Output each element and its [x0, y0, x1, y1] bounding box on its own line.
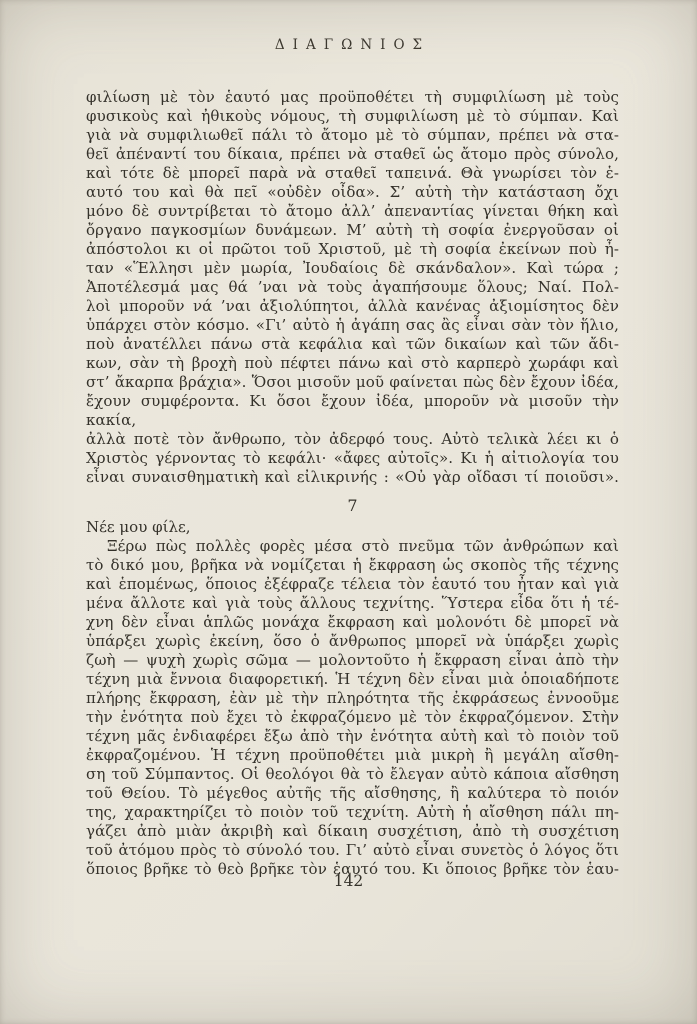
text-line: τὸ δικό μου, βρῆκα νὰ νομίζεται ἡ ἔκφρασ… [86, 556, 619, 575]
book-page: ΔΙΑΓΩΝΙΟΣ φιλίωση μὲ τὸν ἑαυτό μας προϋπ… [0, 0, 697, 1024]
text-block: φιλίωση μὲ τὸν ἑαυτό μας προϋποθέτει τὴ … [86, 88, 619, 879]
text-line: αυτό του καὶ θὰ πεῖ «οὐδὲν οἶδα». Σ’ αὐτ… [86, 183, 619, 202]
text-line: θεῖ ἀπέναντί του δίκαια, πρέπει νὰ σταθε… [86, 145, 619, 164]
salutation: Νέε μου φίλε, [86, 518, 619, 537]
text-line: κων, σὰν τὴ βροχὴ ποὺ πέφτει πάνω καὶ στ… [86, 354, 619, 373]
text-line: ση τοῦ Σύμπαντος. Οἱ θεολόγοι θὰ τὸ ἔλεγ… [86, 765, 619, 784]
text-line: λοὶ μποροῦν νά ’ναι ἀξιολύπητοι, ἀλλὰ κα… [86, 297, 619, 316]
text-line: ἀπόστολοι κι οἱ πρῶτοι τοῦ Χριστοῦ, μὲ τ… [86, 240, 619, 259]
text-line: ζωὴ — ψυχὴ χωρὶς σῶμα — μολοντοῦτο ἡ ἔκφ… [86, 651, 619, 670]
text-line: τέχνη μιὰ ἔννοια διαφορετική. Ἡ τέχνη δὲ… [86, 670, 619, 689]
page-number: 142 [0, 872, 697, 890]
text-line: ἀλλὰ ποτὲ τὸν ἄνθρωπο, τὸν ἀδερφό τους. … [86, 430, 619, 449]
text-line: μένα ἄλλοτε καὶ γιὰ τοὺς ἄλλους τεχνίτης… [86, 594, 619, 613]
paragraph-letter-body: Ξέρω πὼς πολλὲς φορὲς μέσα στὸ πνεῦμα τῶ… [86, 537, 619, 879]
text-line: τὴν ἑνότητα ποὺ ἔχει τὸ ἐκφραζόμενο μὲ τ… [86, 708, 619, 727]
text-line: ὑπάρχει στὸν κόσμο. «Γι’ αὐτὸ ἡ ἀγάπη σα… [86, 316, 619, 335]
paragraph-continuation: φιλίωση μὲ τὸν ἑαυτό μας προϋποθέτει τὴ … [86, 88, 619, 487]
text-line: χνη δὲν εἶναι ἁπλῶς μονάχα ἔκφραση καὶ μ… [86, 613, 619, 632]
text-line: ἔχουν συμφέροντα. Κι ὅσοι ἔχουν ἰδέα, μπ… [86, 392, 619, 430]
text-line: της, χαρακτηρίζει τὸ ποιὸν τοῦ τεχνίτη. … [86, 803, 619, 822]
text-line: ὄργανο παγκοσμίων δυνάμεων. Μ’ αὐτὴ τὴ σ… [86, 221, 619, 240]
text-line: Χριστὸς γέρνοντας τὸ κεφάλι· «ἄφες αὐτοῖ… [86, 449, 619, 468]
text-line: ποὺ ἀνατέλλει πάνω στὰ κεφάλια καὶ τῶν δ… [86, 335, 619, 354]
text-line: τοῦ ἀτόμου πρὸς τὸ σύνολό του. Γι’ αὐτὸ … [86, 841, 619, 860]
text-line: γιὰ νὰ συμφιλιωθεῖ πάλι τὸ ἄτομο μὲ τὸ σ… [86, 126, 619, 145]
text-line: τοῦ Θείου. Τὸ μέγεθος αὐτῆς τῆς αἴσθησης… [86, 784, 619, 803]
text-line: καὶ τότε δὲ μπορεῖ παρὰ νὰ σταθεῖ ταπειν… [86, 164, 619, 183]
running-title: ΔΙΑΓΩΝΙΟΣ [0, 37, 697, 53]
text-line: Ξέρω πὼς πολλὲς φορὲς μέσα στὸ πνεῦμα τῶ… [86, 537, 619, 556]
text-line: μόνο δὲ συντρίβεται τὸ ἄτομο ἀλλ’ ἀπεναν… [86, 202, 619, 221]
text-line: τέχνη μᾶς ἐνδιαφέρει ἔξω ἀπὸ τὴν ἑνότητα… [86, 727, 619, 746]
text-line: εἶναι συναισθηματικὴ καὶ εἰλικρινής : «Ο… [86, 468, 619, 487]
text-line: στ’ ἄκαρπα βράχια». Ὅσοι μισοῦν μοῦ φαίν… [86, 373, 619, 392]
text-line: ὑπάρξει χωρὶς ἐκείνη, ὅσο ὁ ἄνθρωπος μπο… [86, 632, 619, 651]
section-number: 7 [86, 496, 619, 515]
text-line: πλήρης ἔκφραση, ἐὰν μὲ τὴν πληρότητα τῆς… [86, 689, 619, 708]
text-line: φιλίωση μὲ τὸν ἑαυτό μας προϋποθέτει τὴ … [86, 88, 619, 107]
text-line: ἐκφραζομένου. Ἡ τέχνη προϋποθέτει μιὰ μι… [86, 746, 619, 765]
text-line: ταν «Ἕλλησι μὲν μωρία, Ἰουδαίοις δὲ σκάν… [86, 259, 619, 278]
text-line: φυσικοὺς καὶ ἠθικοὺς νόμους, τὴ συμφιλίω… [86, 107, 619, 126]
text-line: Ἀποτέλεσμά μας θά ’ναι νὰ τοὺς ἀγαπήσουμ… [86, 278, 619, 297]
text-line: γάζει ἀπὸ μιὰν ἀκριβὴ καὶ δίκαιη συσχέτι… [86, 822, 619, 841]
text-line: καὶ ἑπομένως, ὅποιος ἐξέφραζε τέλεια τὸν… [86, 575, 619, 594]
